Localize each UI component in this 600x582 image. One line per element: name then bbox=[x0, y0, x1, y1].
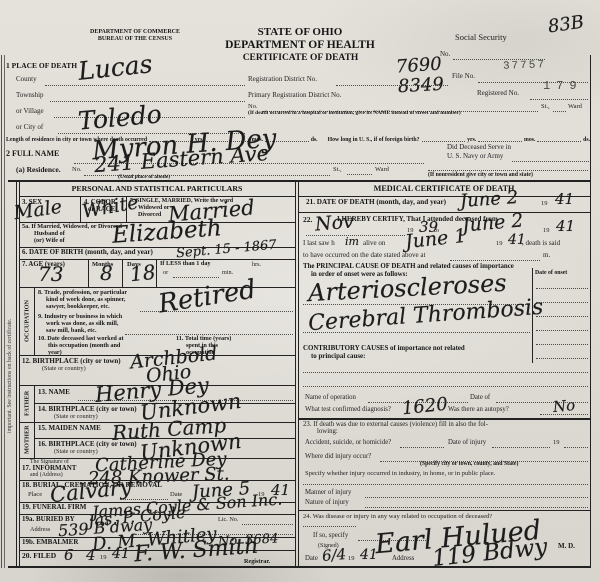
operation-label: Name of operation bbox=[305, 394, 356, 401]
residence-label: (a) Residence. bbox=[16, 166, 61, 174]
nonresident-note: (If nonresident give city or town and st… bbox=[428, 172, 533, 178]
dob-label: 6. DATE OF BIRTH (month, day, and year) bbox=[22, 249, 153, 257]
registrar-label: Registrar. bbox=[244, 559, 270, 566]
ds-label: ds. bbox=[311, 137, 318, 143]
birthplace-sub: (State or country) bbox=[42, 366, 86, 373]
months-value: 8 bbox=[100, 263, 113, 283]
industry-note: Specify whether injury occurred in indus… bbox=[305, 470, 495, 477]
city-value: Toledo bbox=[77, 101, 163, 133]
autopsy-line bbox=[540, 413, 588, 415]
attended-from-value: Nov bbox=[314, 212, 354, 234]
physician-address-label: Address bbox=[392, 555, 414, 562]
onset-line-4 bbox=[536, 329, 588, 331]
left-inner-border-2 bbox=[19, 180, 20, 566]
m-label: m. bbox=[543, 252, 550, 260]
bottom-border bbox=[8, 566, 590, 568]
days-value: 18 bbox=[129, 262, 156, 285]
marital-label-2: Widowed or bbox=[138, 205, 169, 211]
primary-district-value: 8349 bbox=[398, 76, 445, 96]
residence-ward-line bbox=[347, 173, 372, 175]
onset-line-6 bbox=[536, 357, 588, 359]
hospital-note: (If death occurred in a hospital or inst… bbox=[248, 111, 461, 117]
left-inner-border-1 bbox=[16, 180, 17, 566]
to-year-value: 41 bbox=[556, 219, 575, 234]
signed-year-19: 19 bbox=[348, 555, 355, 562]
accident-line bbox=[400, 446, 444, 448]
file-no-label: File No. bbox=[452, 73, 475, 81]
county-value: Lucas bbox=[77, 51, 154, 84]
manner-label: Manner of injury bbox=[305, 489, 351, 496]
residence-st-label: St., bbox=[333, 166, 342, 173]
nature-label: Nature of injury bbox=[305, 499, 349, 506]
contributory-line-1 bbox=[303, 371, 588, 373]
dod-year-value: 41 bbox=[555, 192, 574, 207]
onset-line-2 bbox=[536, 301, 588, 303]
buried-address-label: Address bbox=[30, 527, 50, 534]
full-name-label: 2 FULL NAME bbox=[6, 150, 59, 159]
nature-line bbox=[365, 506, 588, 508]
last-saw-year-19: 19 bbox=[496, 240, 503, 247]
agency-line-1: DEPARTMENT OF COMMERCE bbox=[56, 29, 214, 35]
date-of-onset-label: Date of onset bbox=[535, 270, 567, 276]
date-of-death-label: 21. DATE OF DEATH (month, day, and year) bbox=[306, 199, 446, 207]
occupation-side-label: OCCUPATION bbox=[20, 289, 34, 353]
age-divider-1 bbox=[88, 259, 89, 287]
form-right-border bbox=[590, 55, 591, 568]
mos-label-2: mos. bbox=[524, 137, 535, 143]
margin-note: important. See instructions on back of c… bbox=[5, 190, 15, 562]
registered-no-label: Registered No. bbox=[477, 90, 519, 98]
signed-year-value: 41 bbox=[360, 548, 378, 562]
injury-year-19: 19 bbox=[553, 439, 560, 446]
city-label: or City of bbox=[16, 124, 43, 132]
filed-month-value: 6 bbox=[64, 548, 74, 563]
township-label: Township bbox=[16, 92, 44, 100]
injury-date-line bbox=[492, 446, 550, 448]
married-to-label-3: (or) Wife of bbox=[34, 238, 65, 245]
column-divider-2 bbox=[298, 180, 299, 566]
or-label: or bbox=[163, 270, 168, 277]
contributory-label-2: to principal cause: bbox=[311, 353, 365, 360]
registrar-signature: F. W. Smith bbox=[133, 536, 259, 567]
village-st-label: St., bbox=[541, 103, 550, 110]
contributory-label-1: CONTRIBUTORY CAUSES of importance not re… bbox=[303, 345, 465, 352]
death-said-label: , death is said bbox=[522, 240, 560, 248]
village-label: or Village bbox=[16, 108, 44, 116]
accident-label: Accident, suicide, or homicide? bbox=[305, 439, 391, 446]
village-no-label: No. bbox=[248, 103, 258, 110]
dept-title: DEPARTMENT OF HEALTH bbox=[215, 39, 385, 51]
served-label-2: U. S. Navy or Army bbox=[447, 153, 503, 161]
manner-line bbox=[365, 496, 588, 498]
date-of-operation-label: Date of bbox=[470, 394, 490, 401]
if-less-label: If LESS than 1 day bbox=[160, 261, 211, 268]
row-line-23 bbox=[298, 418, 590, 420]
filed-label: 20. FILED bbox=[22, 552, 56, 560]
medical-title-underline bbox=[298, 196, 590, 197]
onset-line-3 bbox=[536, 315, 588, 317]
sex-value: Male bbox=[13, 198, 63, 224]
nonresident-line bbox=[428, 169, 588, 171]
age-divider-2 bbox=[122, 259, 123, 287]
lic-no-label: Lic. No. bbox=[218, 517, 238, 524]
column-divider-1 bbox=[295, 180, 296, 566]
dod-year-19: 19 bbox=[541, 200, 548, 207]
item9-label-3: saw mill, bank, etc. bbox=[46, 328, 97, 335]
item24-label: 24. Was disease or injury in any way rel… bbox=[303, 513, 492, 520]
file-no-value: 37757 bbox=[503, 59, 546, 72]
marital-label-3: Divorced bbox=[138, 212, 161, 218]
place-of-death-label: 1 PLACE OF DEATH bbox=[6, 62, 77, 70]
injury-date-label: Date of injury bbox=[448, 439, 486, 446]
last-saw-label-2: alive on bbox=[363, 240, 385, 248]
date-of-death-value: June 2 bbox=[459, 189, 518, 211]
father-name-label: 13. NAME bbox=[38, 389, 70, 397]
last-saw-fill: im bbox=[345, 236, 359, 247]
hrs-label: hrs. bbox=[252, 262, 261, 269]
residence-ward-label: Ward bbox=[375, 166, 389, 173]
informant-label-3: and (Address) bbox=[30, 472, 63, 478]
death-certificate-scan: ▄▄▄▄▄▄▄▄▄ ▄▄ ▄▄▄▄▄ ▄▄▄▄▄▄▄▄▄▄ DEPARTMENT… bbox=[0, 0, 600, 582]
state-title: STATE OF OHIO bbox=[225, 27, 375, 39]
social-security-label: Social Security bbox=[455, 33, 507, 42]
registration-district-label: Registration District No. bbox=[248, 76, 317, 84]
village-ward-label: Ward bbox=[568, 103, 582, 110]
burial-place-label: Place bbox=[28, 491, 42, 498]
father-birthplace-sub: (State or country) bbox=[54, 414, 98, 421]
village-ward-line bbox=[553, 110, 566, 112]
header-divider bbox=[8, 180, 590, 182]
occupation-strip-divider bbox=[34, 287, 35, 355]
cutoff-stamp: ▄▄▄▄▄▄▄▄▄ ▄▄ ▄▄▄▄▄ ▄▄▄▄▄▄▄▄▄▄ bbox=[150, 0, 450, 9]
registered-no-line bbox=[530, 98, 588, 100]
signed-date-value: 6/4 bbox=[321, 547, 346, 564]
row-line-24 bbox=[298, 510, 590, 511]
filed-year-19: 19 bbox=[100, 554, 107, 561]
occurred-line bbox=[450, 259, 540, 261]
row-line-7 bbox=[19, 259, 295, 260]
scan-edge-line bbox=[1, 55, 2, 568]
ds-label-2: ds. bbox=[583, 137, 590, 143]
age-value: 73 bbox=[38, 264, 63, 284]
lic-no-line bbox=[242, 523, 293, 525]
cause-line-2 bbox=[303, 331, 530, 333]
contributory-line-2 bbox=[303, 385, 588, 387]
mother-birthplace-sub: (State or country) bbox=[54, 449, 98, 456]
where-injury-label: Where did injury occur? bbox=[305, 453, 371, 460]
mother-name-label: 15. MAIDEN NAME bbox=[38, 425, 101, 433]
served-label-1: Did Deceased Serve in bbox=[447, 144, 511, 152]
item22-number: 22. bbox=[303, 216, 312, 224]
residence-no-label: No. bbox=[72, 166, 82, 173]
registered-no-value: 179 bbox=[543, 79, 583, 93]
min-label: min. bbox=[222, 270, 233, 277]
where-injury-note: (Specify city or town, county, and State… bbox=[420, 461, 518, 467]
test-value: 1620 bbox=[401, 396, 448, 419]
ssn-no-label: No. bbox=[440, 51, 450, 59]
father-side-label: FATHER bbox=[20, 386, 34, 421]
test-label: What test confirmed diagnosis? bbox=[305, 406, 391, 413]
if-so-label: If so, specify bbox=[313, 532, 348, 539]
primary-district-label: Primary Registration District No. bbox=[248, 92, 341, 100]
item24-line bbox=[303, 525, 356, 527]
injury-year-line bbox=[564, 446, 588, 448]
cutoff-stamp-text: ▄▄▄▄▄▄▄▄▄ ▄▄ ▄▄▄▄▄ ▄▄▄▄▄▄▄▄▄▄ bbox=[194, 6, 405, 9]
filed-day-value: 4 bbox=[86, 548, 96, 563]
how-long-us-label: How long in U. S., if of foreign birth? bbox=[328, 137, 420, 143]
certificate-title: CERTIFICATE OF DEATH bbox=[228, 53, 373, 63]
md-label: M. D. bbox=[558, 543, 575, 551]
autopsy-label: Was there an autopsy? bbox=[448, 406, 509, 413]
medical-section-title: MEDICAL CERTIFICATE OF DEATH bbox=[300, 185, 588, 194]
occurred-label: to have occurred on the date stated abov… bbox=[303, 252, 425, 260]
to-year-19: 19 bbox=[543, 227, 550, 234]
filed-year-value: 41 bbox=[112, 547, 130, 561]
signed-date-label: Date bbox=[305, 555, 318, 562]
county-line bbox=[45, 84, 245, 86]
mother-strip-divider bbox=[34, 422, 35, 458]
onset-line-1 bbox=[536, 287, 588, 289]
funeral-firm-label: 19. FUNERAL FIRM bbox=[22, 504, 86, 512]
last-saw-value: June 1 bbox=[404, 227, 467, 252]
served-line bbox=[512, 160, 589, 162]
min-line bbox=[173, 276, 219, 278]
agency-line-2: BUREAU OF THE CENSUS bbox=[56, 36, 214, 42]
item23-label-2: lowing: bbox=[317, 428, 338, 435]
last-saw-label-1: I last saw h bbox=[303, 240, 335, 248]
social-security-value: 83B bbox=[547, 14, 585, 37]
item8-label-3: sawyer, bookkeeper, etc. bbox=[46, 304, 110, 311]
mother-side-label: MOTHER bbox=[20, 423, 34, 457]
county-label: County bbox=[16, 76, 37, 84]
onset-line-5 bbox=[536, 343, 588, 345]
color-value: White bbox=[81, 193, 140, 222]
personal-section-title: PERSONAL AND STATISTICAL PARTICULARS bbox=[19, 185, 295, 193]
industry-line bbox=[303, 483, 588, 485]
